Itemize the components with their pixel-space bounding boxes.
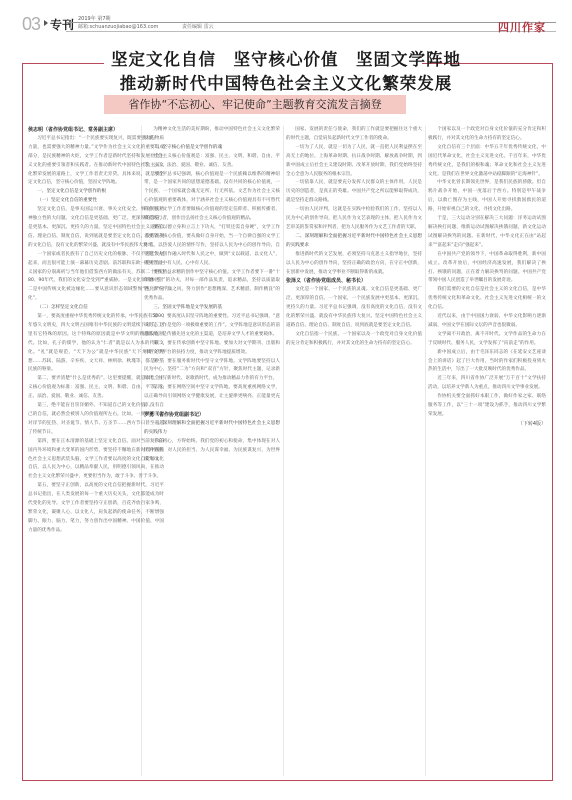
body-paragraph: 近代以来，由于中国国力衰弱，中华文化影响力逐渐减弱，中国文学在国际文坛的声音也很… [428,313,546,331]
article-column-3: 国家、发展的责任与使命，我们的工作就是要把握住这个重大的时代主题，自觉肩负起新时… [286,126,422,349]
body-paragraph: 第四，要在网络空间中坚守文学阵地。要高度重视网络文学，以正确导向引领网络文学健康… [144,384,280,411]
section-heading: 二、坚守核心价值是文学创作的魂 [144,144,280,153]
column-divider [283,126,284,776]
email-address: 邮箱:schuanzuojiabao@163.com [78,23,158,30]
body-paragraph: 习近平总书记强调，核心价值观是一个民族赖以维系的精神纽带，是一个国家共同的思想道… [144,171,280,224]
column-divider [425,126,426,776]
body-paragraph: 文学离不开政治，离不开时代。文学作品的生命力在于反映时代、服务人民，文学发挥了“… [428,331,546,349]
body-paragraph: 第一，要高度认识坚守阵地的重要性。习近平总书记强调，“意识形态工作是党的一项极端… [144,313,280,340]
body-paragraph: 社会主义核心价值观是：富强、民主、文明、和谐、自由、平等、公正、法治、爱国、敬业… [144,153,280,171]
speaker-name: 张泽义（省作协党组成员、秘书长） [286,277,422,286]
article-column-2: 为精神文化生活的美好期盼，推动中国特色社会主义文化繁荣发展。二、坚守核心价值是文… [144,126,280,464]
body-paragraph: 国家、发展的责任与使命，我们的工作就是要把握住这个重大的时代主题，自觉肩负起新时… [286,126,422,144]
issue-number: 2019年 第7期 [78,16,111,22]
responsible-editor: 责任编辑 雷云 [182,23,214,30]
speaker-name: 罗勇（省作协党组副书记） [144,411,280,420]
body-paragraph: 在中国共产党的领导下，中国革命取得胜利，新中国成立。改革开放后，中国经济高速发展… [428,251,546,287]
body-paragraph: 第二，要在传承创新中坚守阵地。要加大对文学期刊、出版和网络文学平台的扶持力度，推… [144,340,280,358]
newspaper-logo: 四川作家 [498,19,546,35]
body-paragraph: 文化自信指一个民族、一个国家以及一个政党对自身文化价值的充分肯定和积极践行，并对… [286,331,422,349]
body-paragraph: 个国家以及一个政党对自身文化价值的充分肯定和积极践行，并对其文化的生命力持有的坚… [428,126,546,144]
body-paragraph: 第五，要坚守正创新，以高度的文化自信把握新时代。习近平总书记指出，在人类发展的每… [28,482,164,535]
body-paragraph: 一切由人民评判，这就是在实践中检验我们的工作。坚持以人民为中心的创作导向，把人民… [286,206,422,233]
body-paragraph: 要在以德立身和立言上下功夫，“打铁还需自身硬”，文学工作者要坚守核心价值，要从做… [144,224,280,269]
body-paragraph: 一切依靠人民，就是要充分发挥人民群众的主体作用。人民是历史的创造者，是真正的英雄… [286,179,422,206]
section-heading: 二、深刻理解和全面把握习近平新时代中国特色社会主义思想的实践要求 [286,233,422,251]
body-paragraph: 近三年来，四川省作协广泛开展“万千百十”文学扶持活动，以培养文学新人为重点，推动… [428,375,546,393]
body-paragraph: 中华文化曾长期领先世界，是我们民族的骄傲。但自鸦片战争开始，中国一度落后于西方。… [428,179,546,215]
continued-notice: （下转4版） [428,420,546,429]
headline-line-2: 推动新时代中国特色社会主义文化繁荣发展 [0,70,572,94]
body-paragraph: 要在精益求精的创作中坚守核心价值。文学工作者要下一番“十年磨一剑”的功夫，对每一… [144,269,280,305]
body-paragraph: 不忘初心，方得始终。我们党的初心和使命，集中体现在对人民的情感、对人民的担当、为… [144,438,280,465]
section-heading: 一、深刻理解和全面把握习近平新时代中国特色社会主义思想的实践伟力 [144,420,280,438]
masthead-rule-bottom [66,31,556,32]
headline-line-1: 坚定文化自信 坚守核心价值 坚固文学阵地 [0,46,572,70]
article-column-4: 个国家以及一个政党对自身文化价值的充分肯定和积极践行，并对其文化的生命力持有的坚… [428,126,546,429]
body-paragraph: 文化是一个国家、一个民族的灵魂。文化自信是更基础、更广泛、更深厚的自信。一个国家… [286,286,422,331]
body-paragraph: 文化自信有三个层面：中华五千年优秀传统文化，中国近代革命文化，社会主义先进文化。… [428,144,546,180]
body-paragraph: 为精神文化生活的美好期盼，推动中国特色社会主义文化繁荣发展。 [144,126,280,144]
masthead: 03 专刊 2019年 第7期 邮箱:schuanzuojiabao@163.c… [22,18,542,32]
subheadline-banner: 省作协“不忘初心、牢记使命”主题教育交流发言摘登 [104,95,406,114]
arrow-right-icon [44,20,48,26]
body-paragraph: 作协机关要全面抓好本职工作，做好作家之家、联络服务等工作，以“三十一项”建设为抓… [428,393,546,420]
body-paragraph: 我们需要的文化自信是社会主义的文化自信，是中华优秀传统文化和革命文化、社会主义先… [428,286,546,313]
body-paragraph: 新中国成立后，由于毛泽东同志的《在延安文艺座谈会上的讲话》起了巨大作用，当时的作… [428,349,546,376]
body-paragraph: 推进新时代的文艺发展，必须坚持马克思主义指导地位，坚持以人民为中心的创作导向，坚… [286,251,422,278]
page-number: 03 [22,14,40,35]
body-paragraph: 于是，三大运动分别在解决三大问题：洋务运动试图解决挨打问题，维新运动试图解决挨饿… [428,215,546,251]
section-heading: 三、坚固文学阵地是文学发展的基 [144,304,280,313]
body-paragraph: 一切为了人民，就是一切为了人民，就一直把人民利益摆在至高无上的地位。上海革命时期… [286,144,422,180]
body-paragraph: 第三，要在服务新时代中坚守文学阵地。文学阵地要坚持以人民为中心，坚持“二为”方向… [144,358,280,385]
